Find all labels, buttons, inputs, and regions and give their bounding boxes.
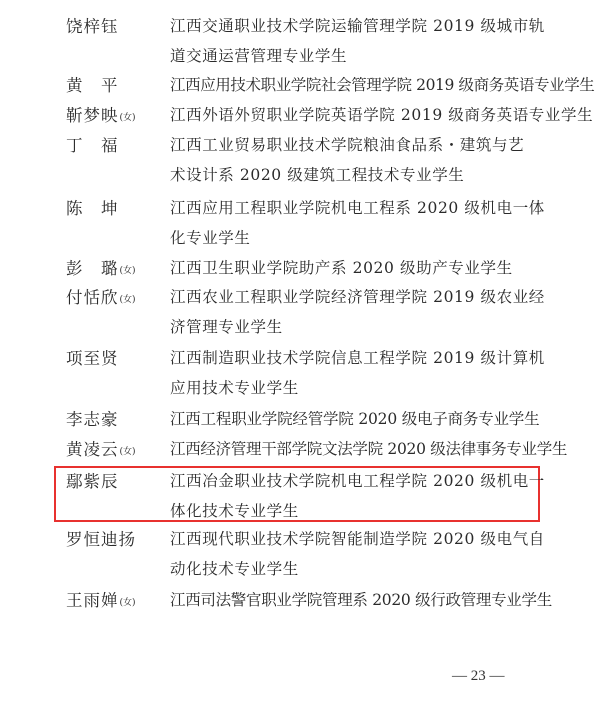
- student-name: 黄 平: [66, 71, 119, 100]
- page-number: — 23 —: [452, 668, 505, 685]
- student-description: 江西经济管理干部学院文法学院 2020 级法律事务专业学生: [170, 435, 540, 465]
- student-name: 靳梦映(女): [66, 101, 136, 133]
- gender-mark: (女): [120, 113, 136, 123]
- student-description: 江西工业贸易职业技术学院粮油食品系・建筑与艺 术设计系 2020 级建筑工程技术…: [170, 131, 540, 190]
- student-description: 江西农业工程职业学院经济管理学院 2019 级农业经 济管理专业学生: [170, 283, 540, 342]
- gender-mark: (女): [120, 266, 136, 276]
- document-page: 饶梓钰 江西交通职业技术学院运输管理学院 2019 级城市轨 道交通运营管理专业…: [0, 0, 600, 703]
- student-name: 黄凌云(女): [66, 435, 136, 467]
- student-name: 鄢紫辰: [66, 467, 119, 496]
- student-description: 江西外语外贸职业学院英语学院 2019 级商务英语专业学生: [170, 101, 540, 131]
- student-name: 王雨婵(女): [66, 586, 136, 618]
- gender-mark: (女): [120, 447, 136, 457]
- student-name: 项至贤: [66, 344, 119, 373]
- student-name: 丁 福: [66, 131, 119, 160]
- student-name: 饶梓钰: [66, 12, 119, 41]
- student-description: 江西交通职业技术学院运输管理学院 2019 级城市轨 道交通运营管理专业学生: [170, 12, 540, 71]
- student-description: 江西卫生职业学院助产系 2020 级助产专业学生: [170, 254, 540, 284]
- gender-mark: (女): [120, 295, 136, 305]
- student-name: 陈 坤: [66, 194, 119, 223]
- student-name: 罗恒迪扬: [66, 525, 136, 554]
- student-description: 江西应用技术职业学院社会管理学院 2019 级商务英语专业学生: [170, 71, 540, 101]
- student-name: 付恬欣(女): [66, 283, 136, 315]
- student-description: 江西工程职业学院经管学院 2020 级电子商务专业学生: [170, 405, 540, 435]
- gender-mark: (女): [120, 598, 136, 608]
- student-description: 江西冶金职业技术学院机电工程学院 2020 级机电一 体化技术专业学生: [170, 467, 540, 526]
- student-description: 江西司法警官职业学院管理系 2020 级行政管理专业学生: [170, 586, 540, 616]
- student-name: 李志豪: [66, 405, 119, 434]
- student-description: 江西现代职业技术学院智能制造学院 2020 级电气自 动化技术专业学生: [170, 525, 540, 584]
- student-description: 江西应用工程职业学院机电工程系 2020 级机电一体 化专业学生: [170, 194, 540, 253]
- student-name: 彭 璐(女): [66, 254, 136, 286]
- student-description: 江西制造职业技术学院信息工程学院 2019 级计算机 应用技术专业学生: [170, 344, 540, 403]
